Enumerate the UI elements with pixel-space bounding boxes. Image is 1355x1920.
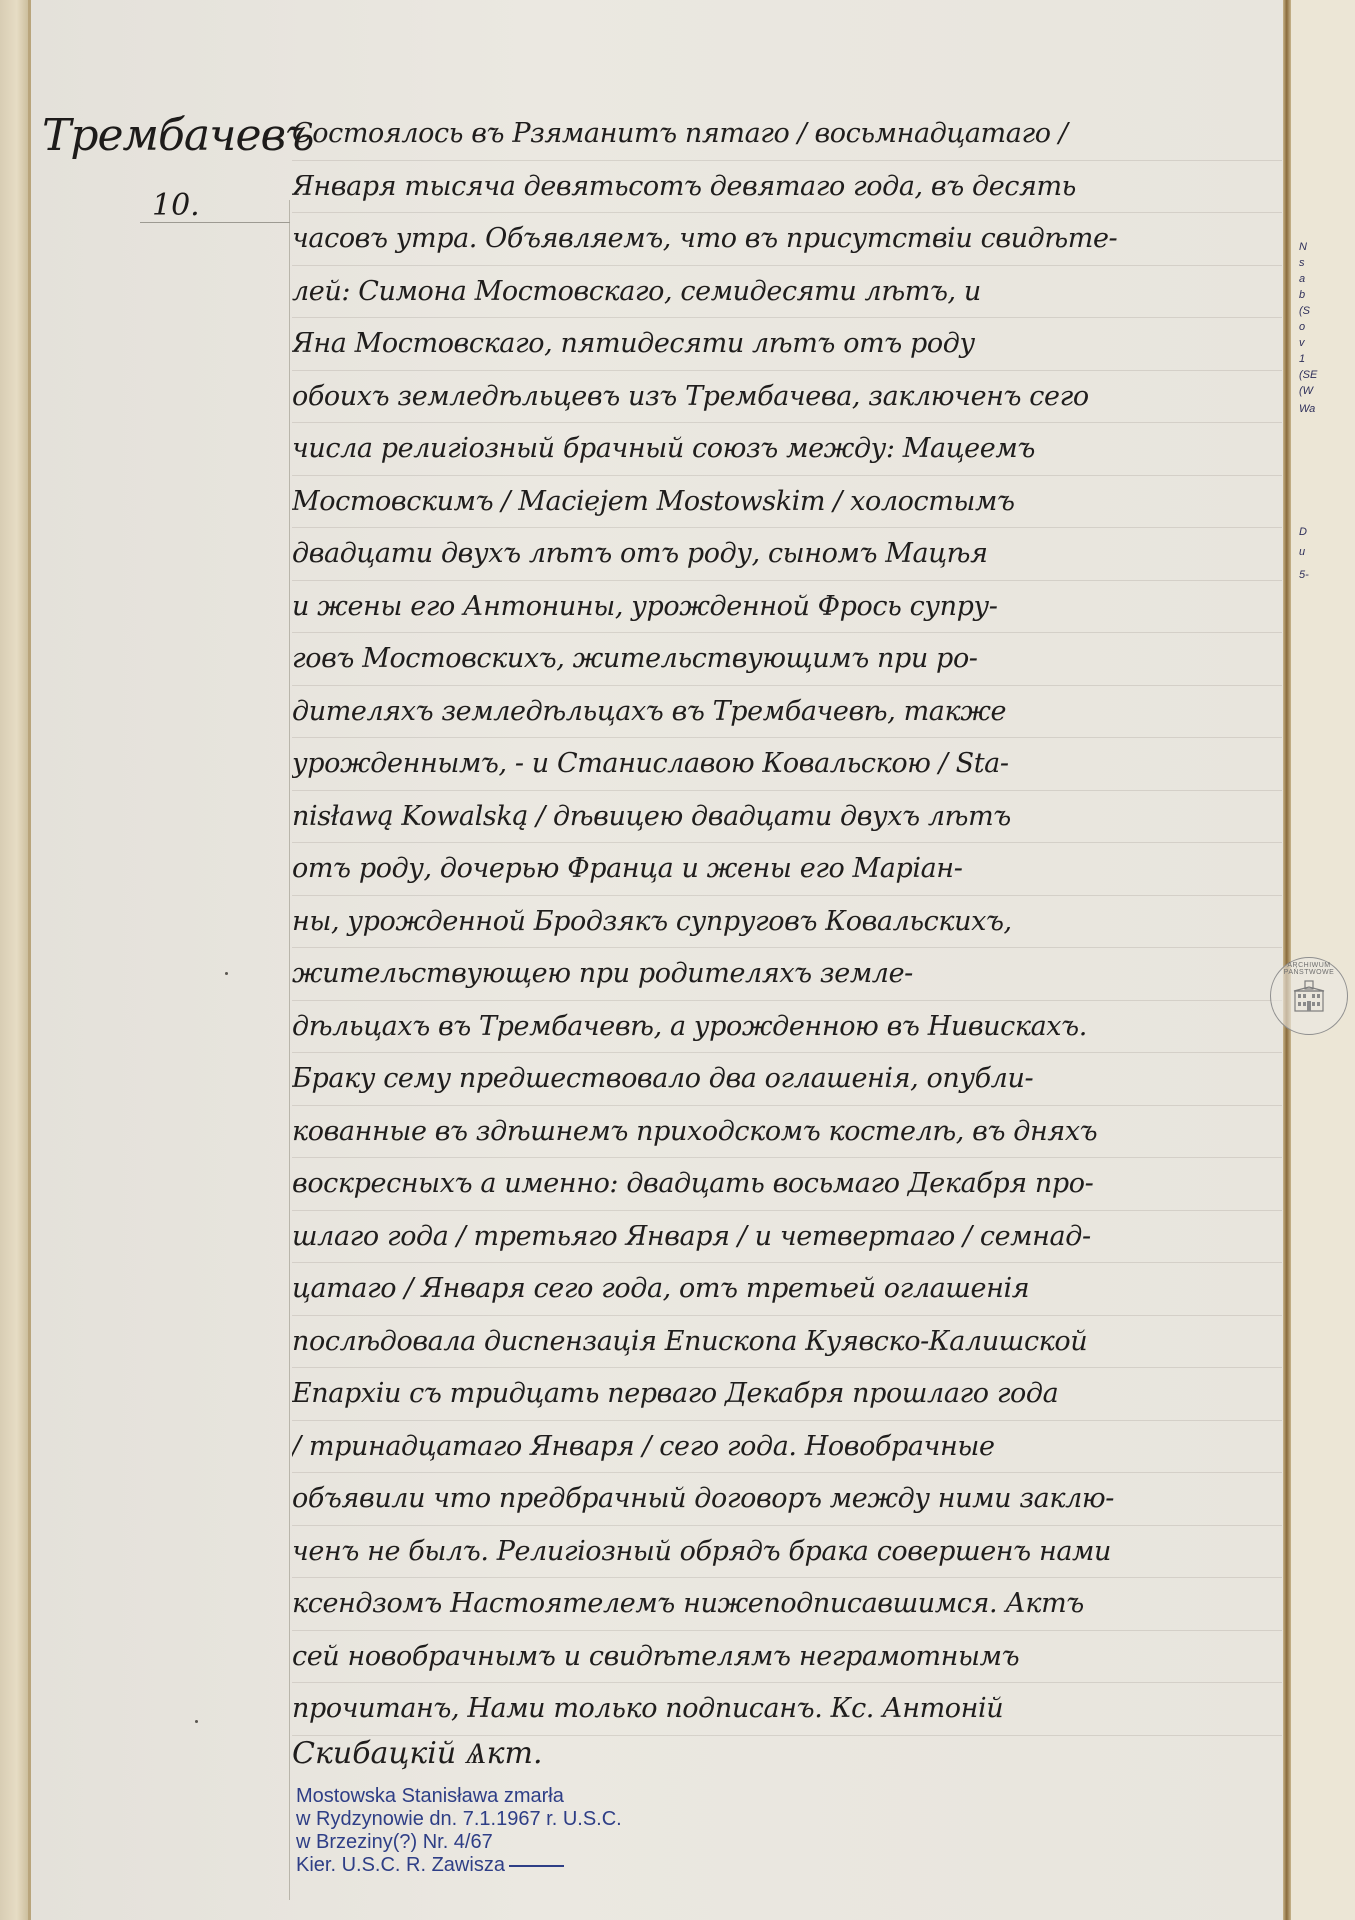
record-line: и жены его Антонины, урожденной Фрось су… — [292, 581, 1282, 634]
priest-signature: Скибацкій Ѧкт. — [292, 1736, 543, 1771]
record-line: кованные въ здѣшнемъ приходскомъ костелѣ… — [292, 1106, 1282, 1159]
margin-entry-number: 10. — [152, 188, 200, 223]
record-line: Епархіи съ тридцать перваго Декабря прош… — [292, 1368, 1282, 1421]
record-line: лей: Симона Мостовскаго, семидесяти лѣтъ… — [292, 266, 1282, 319]
record-line: обоихъ земледѣльцевъ изъ Трембачева, зак… — [292, 371, 1282, 424]
record-line: числа религіозный брачный союзъ между: М… — [292, 423, 1282, 476]
margin-place-name: Трембачевъ — [42, 110, 313, 161]
record-line: объявили что предбрачный договоръ между … — [292, 1473, 1282, 1526]
record-line: дѣльцахъ въ Трембачевѣ, а урожденною въ … — [292, 1001, 1282, 1054]
archive-stamp: ARCHIWUM PAŃSTWOWE — [1270, 957, 1348, 1035]
record-line: шлаго года / третьяго Января / и четверт… — [292, 1211, 1282, 1264]
record-line: послѣдовала диспензація Епископа Куявско… — [292, 1316, 1282, 1369]
annotation-line: w Rydzynowie dn. 7.1.1967 r. U.S.C. — [296, 1808, 622, 1831]
record-line: Января тысяча девятьсотъ девятаго года, … — [292, 161, 1282, 214]
stamp-text: ARCHIWUM PAŃSTWOWE — [1271, 962, 1347, 976]
signature-underline — [509, 1865, 564, 1867]
margin-column-divider — [289, 200, 290, 1900]
record-line: Яна Мостовскаго, пятидесяти лѣтъ отъ род… — [292, 318, 1282, 371]
adjacent-page-text: (S — [1299, 304, 1310, 318]
adjacent-page-text: a — [1299, 272, 1305, 286]
record-body: Состоялось въ Рзяманитъ пятаго / восьмна… — [292, 108, 1282, 1736]
annotation-signoff: Kier. U.S.C. R. Zawisza — [296, 1854, 505, 1876]
record-line: / тринадцатаго Января / сего года. Новоб… — [292, 1421, 1282, 1474]
adjacent-page-text: b — [1299, 288, 1305, 302]
record-line: говъ Мостовскихъ, жительствующимъ при ро… — [292, 633, 1282, 686]
adjacent-page-text: (SE — [1299, 368, 1317, 382]
adjacent-page-text: Wa — [1299, 402, 1315, 416]
book-gutter-binding — [1283, 0, 1291, 1920]
adjacent-page-text: v — [1299, 336, 1305, 350]
record-line: ксендзомъ Настоятелемъ нижеподписавшимся… — [292, 1578, 1282, 1631]
adjacent-page-text: N — [1299, 240, 1307, 254]
adjacent-page-text: D — [1299, 525, 1307, 539]
annotation-line: Mostowska Stanisława zmarła — [296, 1785, 622, 1808]
record-line: Браку сему предшествовало два оглашенія,… — [292, 1053, 1282, 1106]
adjacent-page-text: 5- — [1299, 568, 1309, 582]
record-line: жительствующею при родителяхъ земле- — [292, 948, 1282, 1001]
record-line: часовъ утра. Объявляемъ, что въ присутст… — [292, 213, 1282, 266]
record-line: прочитанъ, Нами только подписанъ. Кс. Ан… — [292, 1683, 1282, 1736]
record-line: отъ роду, дочерью Франца и жены его Марі… — [292, 843, 1282, 896]
record-line: воскресныхъ а именно: двадцать восьмаго … — [292, 1158, 1282, 1211]
ink-speck — [195, 1720, 198, 1723]
record-line: ны, урожденной Бродзякъ супруговъ Коваль… — [292, 896, 1282, 949]
record-line: Состоялось въ Рзяманитъ пятаго / восьмна… — [292, 108, 1282, 161]
civil-registry-annotation: Mostowska Stanisława zmarła w Rydzynowie… — [296, 1785, 622, 1877]
record-line: урожденнымъ, - и Станиславою Ковальскою … — [292, 738, 1282, 791]
record-line: Мостовскимъ / Maciejem Mostowskim / холо… — [292, 476, 1282, 529]
archive-building-icon — [1291, 979, 1327, 1013]
record-line: цатаго / Января сего года, отъ третьей о… — [292, 1263, 1282, 1316]
record-line: сей новобрачнымъ и свидѣтелямъ неграмотн… — [292, 1631, 1282, 1684]
record-line: дителяхъ земледѣльцахъ въ Трембачевѣ, та… — [292, 686, 1282, 739]
ink-speck — [225, 972, 228, 975]
adjacent-page-text: 1 — [1299, 352, 1305, 366]
adjacent-page-text: s — [1299, 256, 1305, 270]
record-line: ченъ не былъ. Религіозный обрядъ брака с… — [292, 1526, 1282, 1579]
annotation-line: w Brzeziny(?) Nr. 4/67 — [296, 1831, 622, 1854]
record-line: двадцати двухъ лѣтъ отъ роду, сыномъ Мац… — [292, 528, 1282, 581]
adjacent-page-text: (W — [1299, 384, 1313, 398]
annotation-line: Kier. U.S.C. R. Zawisza — [296, 1854, 622, 1877]
record-line: nisławą Kowalską / дѣвицею двадцати двух… — [292, 791, 1282, 844]
adjacent-page-text: o — [1299, 320, 1305, 334]
adjacent-page-text: u — [1299, 545, 1305, 559]
previous-page-edge — [0, 0, 28, 1920]
